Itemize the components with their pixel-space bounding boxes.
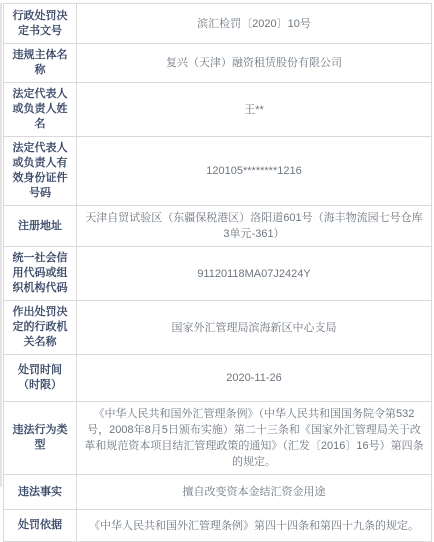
unified-social-credit-code-value: 91120118MA07J2424Y [77,247,432,301]
registered-address-label: 注册地址 [4,206,77,247]
violation-facts-value: 擅自改变资本金结汇资金用途 [77,475,432,510]
row-legal-representative-id-number: 法定代表人或负责人有效身份证件号码 120105********1216 [4,137,432,206]
penalty-authority-name-label: 作出处罚决定的行政机关名称 [4,301,77,355]
registered-address-value: 天津自贸试验区（东疆保税港区）洛阳道601号（海丰物流园七号仓库3单元-361） [77,206,432,247]
unified-social-credit-code-label: 统一社会信用代码或组织机构代码 [4,247,77,301]
document-number-label: 行政处罚决定书文号 [4,4,77,44]
page-left-edge-shade [0,3,2,487]
penalty-record-table: 行政处罚决定书文号 滨汇检罚〔2020〕10号 违规主体名称 复兴（天津）融资租… [3,3,432,542]
row-violation-facts: 违法事实 擅自改变资本金结汇资金用途 [4,475,432,510]
row-document-number: 行政处罚决定书文号 滨汇检罚〔2020〕10号 [4,4,432,44]
legal-representative-name-label: 法定代表人或负责人姓名 [4,83,77,137]
row-violating-entity-name: 违规主体名称 复兴（天津）融资租赁股份有限公司 [4,44,432,83]
row-penalty-date: 处罚时间（时限） 2020-11-26 [4,355,432,402]
legal-representative-name-value: 王** [77,83,432,137]
legal-representative-id-number-label: 法定代表人或负责人有效身份证件号码 [4,137,77,206]
violating-entity-name-label: 违规主体名称 [4,44,77,83]
row-violation-type: 违法行为类型 《中华人民共和国外汇管理条例》（中华人民共和国国务院令第532号，… [4,402,432,475]
violation-facts-label: 违法事实 [4,475,77,510]
penalty-basis-label: 处罚依据 [4,510,77,542]
row-penalty-authority-name: 作出处罚决定的行政机关名称 国家外汇管理局滨海新区中心支局 [4,301,432,355]
row-registered-address: 注册地址 天津自贸试验区（东疆保税港区）洛阳道601号（海丰物流园七号仓库3单元… [4,206,432,247]
row-legal-representative-name: 法定代表人或负责人姓名 王** [4,83,432,137]
violation-type-value: 《中华人民共和国外汇管理条例》（中华人民共和国国务院令第532号，2008年8月… [77,402,432,475]
penalty-date-value: 2020-11-26 [77,355,432,402]
legal-representative-id-number-value: 120105********1216 [77,137,432,206]
violating-entity-name-value: 复兴（天津）融资租赁股份有限公司 [77,44,432,83]
penalty-date-label: 处罚时间（时限） [4,355,77,402]
row-penalty-basis: 处罚依据 《中华人民共和国外汇管理条例》第四十四条和第四十九条的规定。 [4,510,432,542]
penalty-record-page: 行政处罚决定书文号 滨汇检罚〔2020〕10号 违规主体名称 复兴（天津）融资租… [0,3,434,487]
penalty-authority-name-value: 国家外汇管理局滨海新区中心支局 [77,301,432,355]
document-number-value: 滨汇检罚〔2020〕10号 [77,4,432,44]
penalty-basis-value: 《中华人民共和国外汇管理条例》第四十四条和第四十九条的规定。 [77,510,432,542]
violation-type-label: 违法行为类型 [4,402,77,475]
row-unified-social-credit-code: 统一社会信用代码或组织机构代码 91120118MA07J2424Y [4,247,432,301]
